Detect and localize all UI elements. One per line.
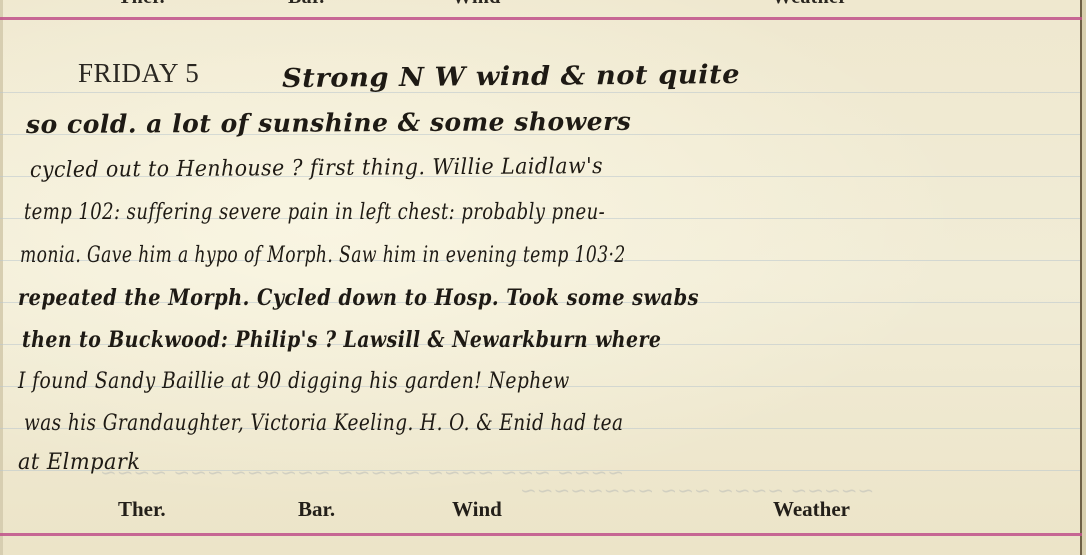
top-label-weather: Weather	[772, 0, 847, 9]
top-label-bar: Bar.	[288, 0, 325, 9]
handwritten-line-3: cycled out to Henhouse ? first thing. Wi…	[30, 154, 603, 183]
top-label-wind: Wind	[452, 0, 501, 9]
handwritten-line-6: repeated the Morph. Cycled down to Hosp.…	[18, 285, 699, 311]
footer-label-wind: Wind	[452, 497, 502, 522]
handwritten-line-8: I found Sandy Baillie at 90 digging his …	[18, 369, 570, 394]
handwritten-line-2: so cold. a lot of sunshine & some shower…	[26, 107, 631, 139]
footer-label-bar: Bar.	[298, 497, 335, 522]
top-label-ther: Ther.	[118, 0, 165, 9]
top-magenta-rule	[0, 17, 1082, 20]
page-left-edge	[0, 0, 3, 555]
handwritten-line-9: was his Grandaughter, Victoria Keeling. …	[24, 411, 623, 436]
ruled-line	[0, 92, 1080, 93]
handwritten-line-10: at Elmpark	[18, 450, 141, 475]
footer-label-weather: Weather	[773, 497, 850, 522]
footer-label-ther: Ther.	[118, 497, 166, 522]
handwritten-line-7: then to Buckwood: Philip's ? Lawsill & N…	[22, 327, 661, 353]
diary-page: Ther. Bar. Wind Weather ~~~~ ~~~ ~~~~ ~~…	[0, 0, 1086, 555]
handwritten-line-5: monia. Gave him a hypo of Morph. Saw him…	[20, 243, 626, 268]
day-label: FRIDAY 5	[78, 58, 199, 89]
page-fringe	[1082, 0, 1086, 555]
handwritten-line-4: temp 102: suffering severe pain in left …	[24, 200, 605, 225]
bottom-magenta-rule	[0, 533, 1082, 536]
handwritten-line-1: Strong N W wind & not quite	[282, 60, 740, 94]
